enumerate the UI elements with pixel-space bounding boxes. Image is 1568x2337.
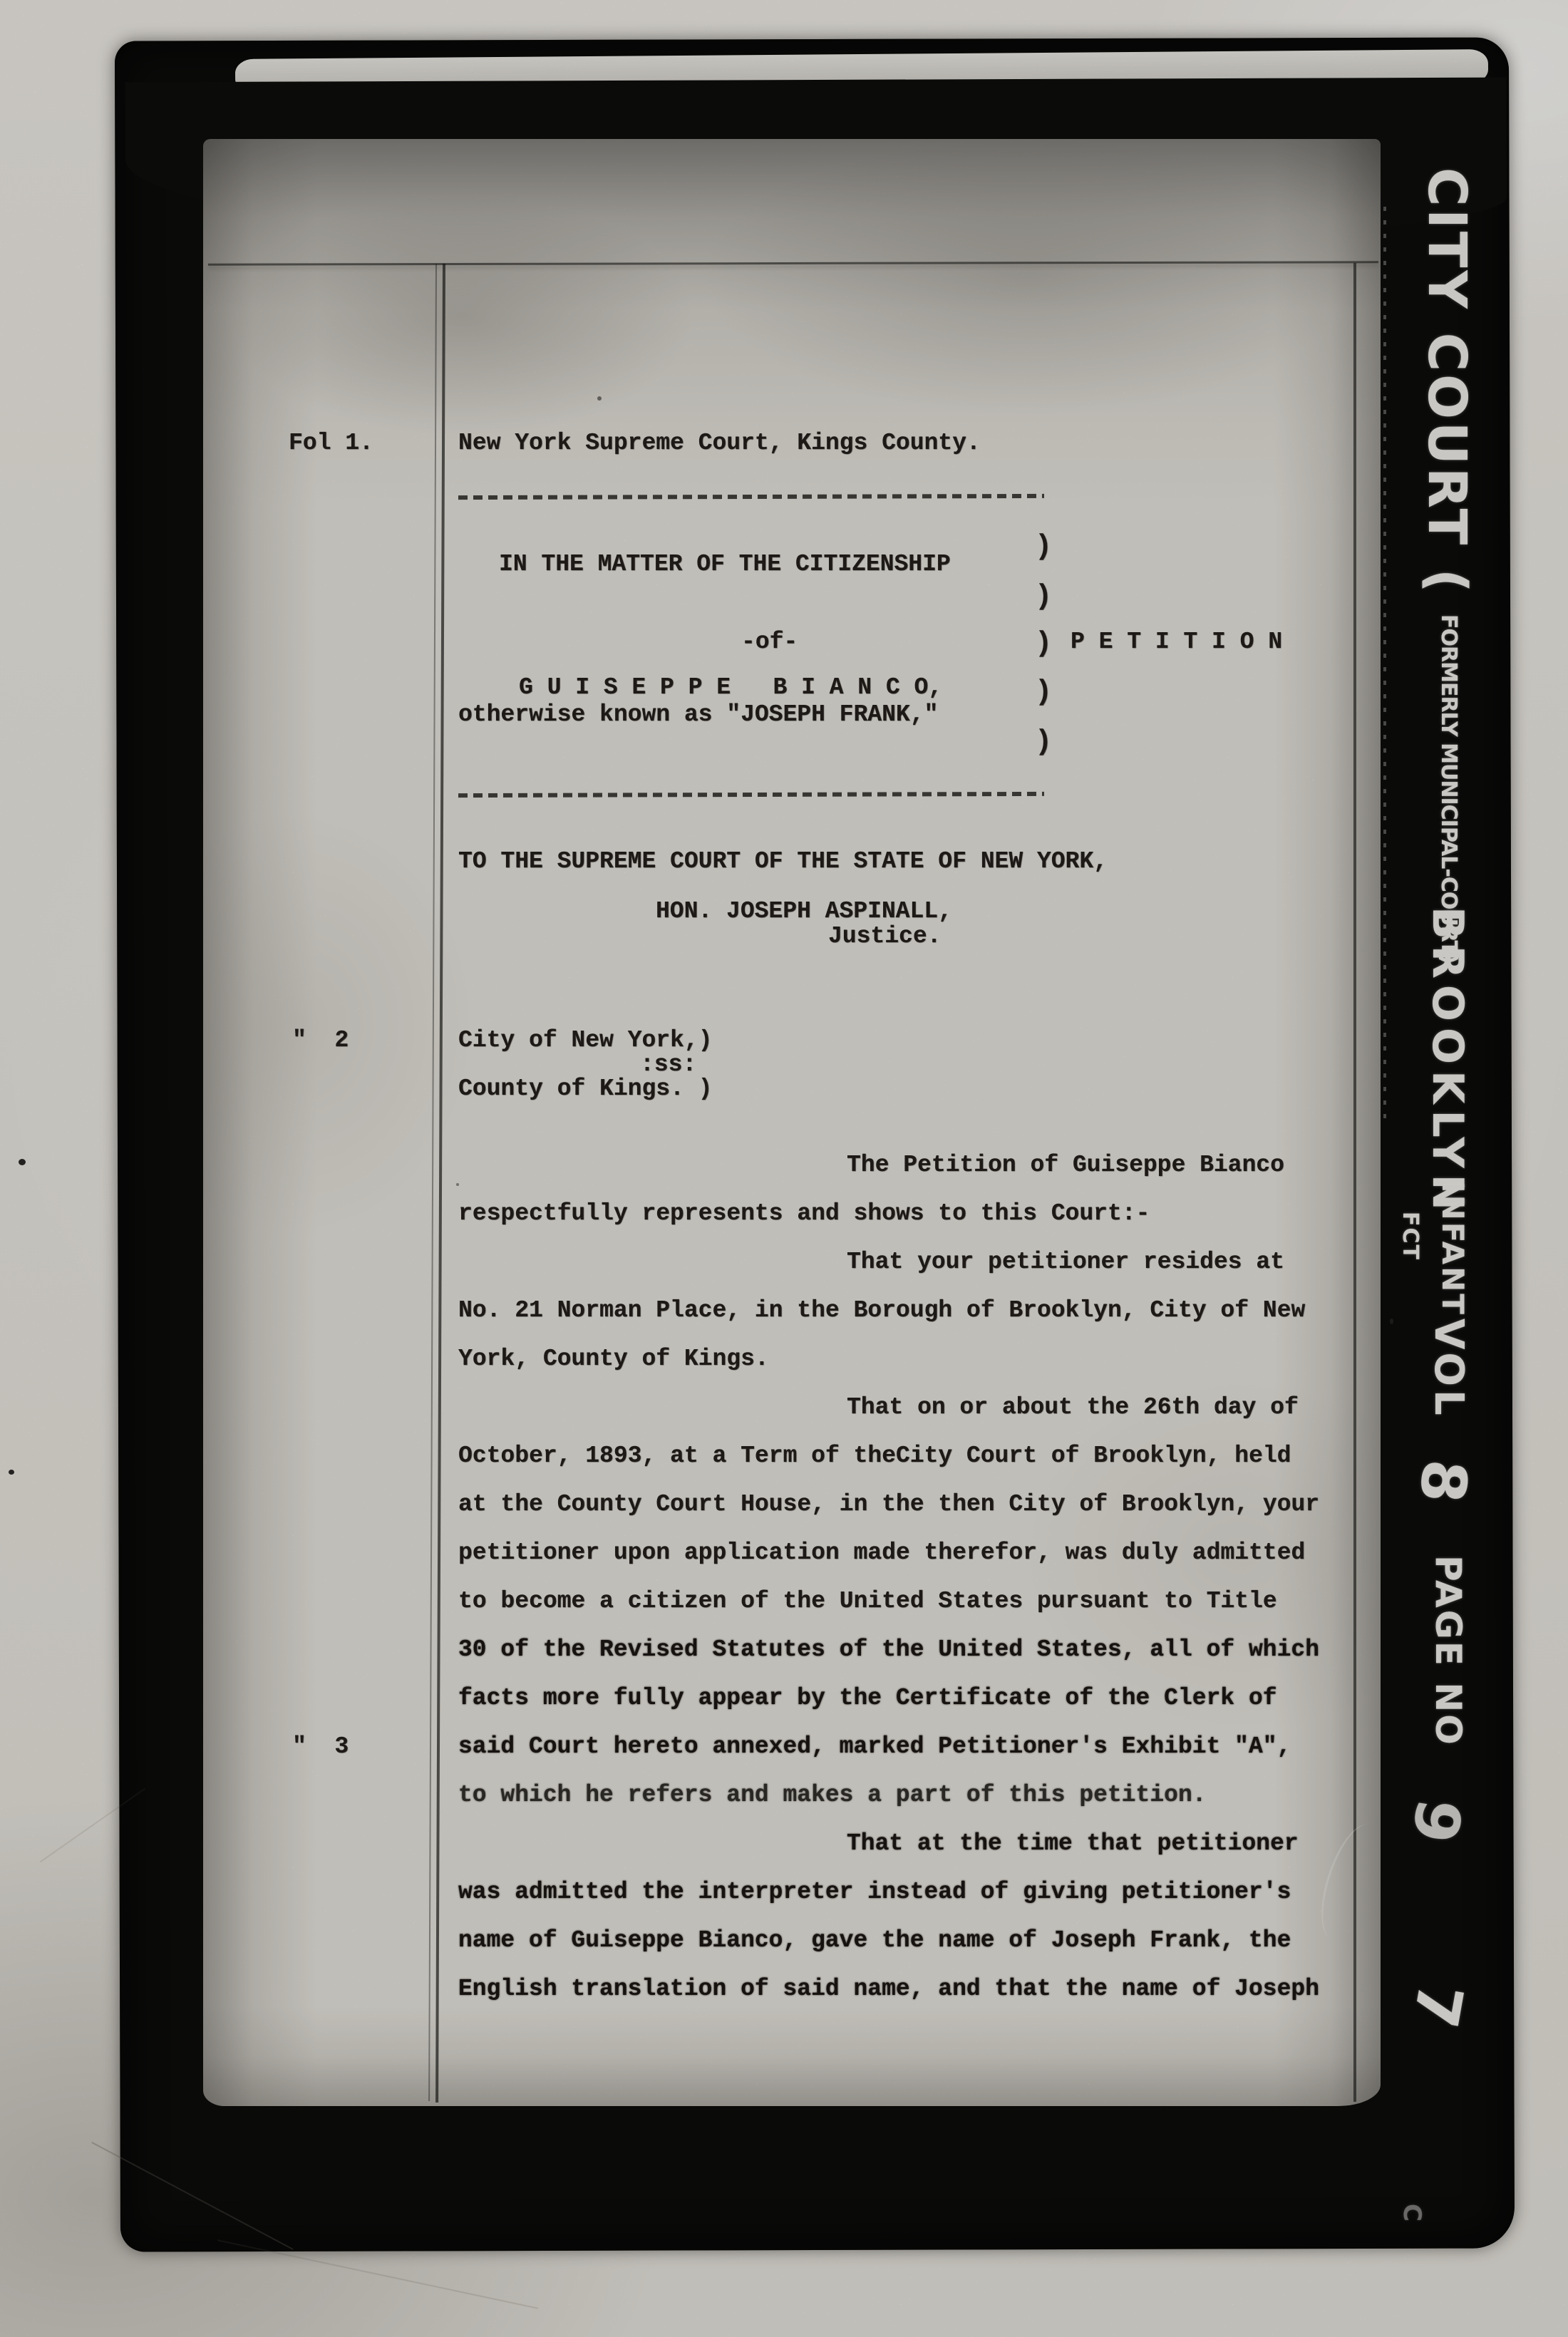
body-line: 30 of the Revised Statutes of the United… — [458, 1638, 1319, 1661]
court-title: New York Supreme Court, Kings County. — [458, 431, 981, 455]
judge-line: HON. JOSEPH ASPINALL, — [656, 899, 952, 923]
body-line: facts more fully appear by the Certifica… — [458, 1686, 1277, 1710]
body-line: That at the time that petitioner — [847, 1832, 1299, 1855]
body-line: That on or about the 26th day of — [847, 1396, 1299, 1419]
justice-line: Justice. — [828, 924, 941, 948]
caption-paren: ) — [1035, 679, 1052, 707]
body-line: That your petitioner resides at — [847, 1250, 1284, 1274]
caption-paren: ) — [1035, 630, 1052, 659]
petition-label: P E T I T I O N — [1071, 630, 1282, 654]
ink-mark — [1390, 1319, 1393, 1324]
body-line: October, 1893, at a Term of theCity Cour… — [458, 1444, 1291, 1467]
body-line: to which he refers and makes a part of t… — [458, 1783, 1207, 1807]
address-line: TO THE SUPREME COURT OF THE STATE OF NEW… — [458, 850, 1108, 873]
film-label-vol: VOL — [1428, 1319, 1468, 1419]
right-margin-rule — [1353, 263, 1356, 2102]
body-line: York, County of Kings. — [458, 1347, 769, 1371]
film-label-c: C — [1400, 2204, 1424, 2222]
caption-matter-line: IN THE MATTER OF THE CITIZENSHIP — [499, 552, 951, 576]
film-label-fct: FCT — [1399, 1212, 1420, 1261]
body-line: respectfully represents and shows to thi… — [458, 1202, 1150, 1225]
margin-mark-3: " 3 — [292, 1735, 349, 1758]
petitioner-aka-line: otherwise known as "JOSEPH FRANK," — [458, 703, 938, 726]
body-line: said Court hereto annexed, marked Petiti… — [458, 1735, 1291, 1758]
body-line: petitioner upon application made therefo… — [458, 1541, 1305, 1564]
caption-paren: ) — [1035, 533, 1052, 562]
body-line: to become a citizen of the United States… — [458, 1589, 1277, 1613]
body-line: was admitted the interpreter instead of … — [458, 1880, 1291, 1904]
body-line: No. 21 Norman Place, in the Borough of B… — [458, 1299, 1305, 1322]
film-edge-marks — [1383, 207, 1386, 1119]
film-label-infant: INFANT — [1438, 1182, 1468, 1316]
microfilm-scan: Fol 1. " 2 " 3 New York Supreme Court, K… — [0, 0, 1568, 2337]
dust-speck — [456, 1183, 459, 1186]
venue-line-1: City of New York,) — [458, 1028, 712, 1052]
body-line: English translation of said name, and th… — [458, 1977, 1319, 2001]
caption-paren: ) — [1035, 583, 1052, 612]
margin-mark-2: " 2 — [292, 1028, 349, 1052]
dust-speck — [19, 1159, 26, 1165]
folio-label: Fol 1. — [289, 431, 373, 455]
body-line: The Petition of Guiseppe Bianco — [847, 1153, 1284, 1177]
body-line: at the County Court House, in the then C… — [458, 1492, 1319, 1516]
dust-speck — [597, 396, 602, 401]
caption-of-line: -of- — [741, 630, 798, 654]
venue-line-2: County of Kings. ) — [458, 1077, 712, 1100]
film-label-brooklyn: BROOKLYN — [1426, 907, 1469, 1217]
venue-ss: :ss: — [640, 1053, 696, 1076]
film-label-city-court: CITY COURT ( — [1420, 167, 1473, 596]
caption-paren: ) — [1035, 728, 1052, 757]
dust-speck — [9, 1470, 14, 1475]
petitioner-name-line: G U I S E P P E B I A N C O, — [519, 676, 942, 699]
body-line: name of Guiseppe Bianco, gave the name o… — [458, 1929, 1291, 1952]
film-label-page-no: PAGE NO — [1430, 1555, 1466, 1747]
film-label-vol-number: 8 — [1410, 1458, 1475, 1505]
